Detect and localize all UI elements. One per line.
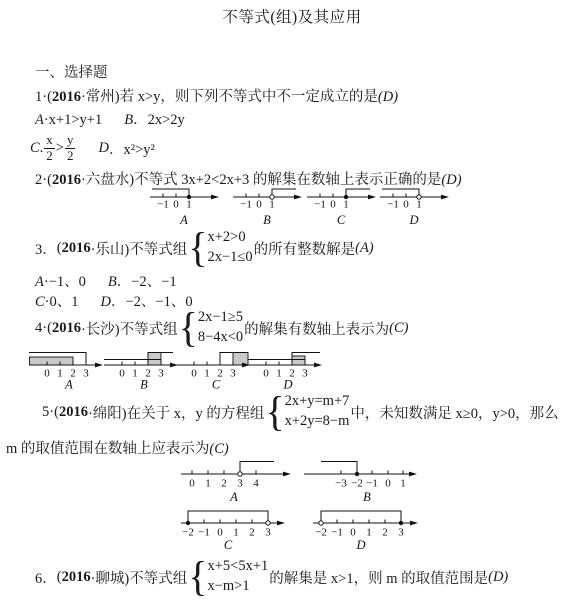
q3-post-text: 的所有整数解是 — [254, 238, 356, 259]
tick-label: 3 — [265, 527, 271, 539]
numberline-q4-a: 0 1 2 3 A — [28, 347, 106, 391]
q6-source-close: ·聊城) — [91, 567, 130, 588]
tick-label: 0 — [217, 527, 223, 539]
tick-label: 0 — [330, 199, 336, 211]
q3-options-ab: A·−1、0B．−2、−1 — [35, 270, 177, 291]
solution-ray-right — [272, 189, 296, 195]
tick-label: 3 — [158, 368, 164, 380]
tick-label: 0 — [44, 368, 50, 380]
tick-label: 0 — [256, 199, 262, 211]
tick-label: 1 — [186, 199, 192, 211]
left-brace: { — [188, 558, 207, 596]
system-row-1: 2x+y=m+7 — [285, 392, 350, 412]
axis-arrow — [410, 521, 418, 526]
tick-label: 1 — [416, 199, 422, 211]
tick-label: 3 — [83, 368, 89, 380]
q5-continuation-text: m 的取值范围在数轴上应表示为 — [6, 441, 209, 457]
tick-label: 4 — [253, 478, 259, 490]
q1-year: 2016 — [52, 89, 81, 105]
solution-ray-left — [382, 189, 419, 195]
q1-option-d-letter: D — [98, 140, 108, 157]
q1-answer: (D) — [378, 89, 398, 105]
left-brace: { — [179, 309, 198, 347]
solution-ray-right — [240, 462, 274, 472]
solution-ray-right — [346, 189, 370, 195]
q4-source-close: ·长沙) — [81, 318, 120, 339]
axis-arrow — [314, 363, 322, 368]
q1-option-c-dot: . — [40, 140, 44, 157]
numberline-q5-c: −2 −1 0 1 2 3 C — [180, 505, 292, 551]
question-6-line: 6．(2016·聊城)不等式组 {x+5<5x+1x−m>1 的解集是 x>1，… — [35, 556, 508, 598]
q5-answer: (C) — [209, 441, 228, 457]
tick-label: 1 — [269, 199, 275, 211]
axis-arrow — [368, 195, 376, 200]
tick-label: −2 — [351, 478, 363, 490]
q6-year: 2016 — [62, 569, 91, 586]
diagram-letter: B — [140, 378, 148, 392]
q4-year: 2016 — [52, 320, 81, 337]
q1-gt-sign: > — [56, 140, 64, 157]
tick-label: −1 — [387, 199, 399, 211]
tick-label: 1 — [233, 527, 239, 539]
tick-label: −1 — [240, 199, 252, 211]
tick-label: −2 — [315, 527, 327, 539]
question-1-line: 1·(2016·常州)若 x>y，则下列不等式中不一定成立的是(D) — [35, 85, 398, 106]
tick-label: −1 — [331, 527, 343, 539]
solution-ray-left — [152, 189, 189, 197]
left-brace: { — [265, 393, 284, 431]
section-header: 一、选择题 — [35, 61, 108, 82]
q1-option-c-letter: C — [30, 140, 40, 157]
solution-region — [30, 357, 74, 365]
inequality-system: {x+5<5x+1x−m>1 — [188, 557, 268, 596]
solution-segment — [321, 511, 401, 523]
q3-option-a-letter: A — [35, 274, 44, 290]
q6-number: 6． — [35, 567, 57, 588]
fraction-x-over-2: x2 — [44, 133, 55, 163]
system-row-2: 8−4x<0 — [198, 328, 243, 348]
diagram-letter: B — [363, 490, 371, 504]
system-row-1: x+5<5x+1 — [207, 557, 268, 577]
tick-label: −1 — [157, 199, 169, 211]
closed-endpoint — [355, 472, 359, 476]
tick-label: 1 — [400, 478, 406, 490]
axis-arrow — [283, 472, 291, 477]
q3-option-b-letter: B — [108, 274, 117, 290]
numberline-q2-c: −1 0 1 C — [306, 186, 378, 228]
q4-number: 4· — [35, 320, 47, 337]
q3-option-b-text: ．−2、−1 — [117, 274, 177, 290]
tick-label: 2 — [249, 527, 255, 539]
axis-arrow — [294, 195, 302, 200]
tick-label: 3 — [237, 478, 243, 490]
q4-answer: (C) — [389, 320, 408, 337]
diagram-letter: D — [408, 213, 418, 227]
q5-post-text: 中，未知数满足 x≥0，y>0，那么 — [350, 402, 558, 423]
numberline-q2-b: −1 0 1 B — [232, 186, 304, 228]
tick-label: 3 — [230, 368, 236, 380]
numberline-q5-b: −3 −2 −1 0 1 B — [303, 457, 421, 504]
numberline-q2-d: −1 0 1 D — [379, 186, 451, 228]
q3-number: 3． — [35, 238, 57, 259]
numberline-q4-b: 0 1 2 3 B — [103, 347, 181, 391]
inequality-system: {2x−1≥58−4x<0 — [179, 308, 244, 347]
q5-source-close: ·绵阳) — [88, 402, 127, 423]
diagram-letter: D — [355, 538, 365, 552]
question-3-line: 3．(2016·乐山)不等式组 {x+2>02x−1≤0 的所有整数解是(A) — [35, 228, 374, 268]
tick-label: −1 — [366, 478, 378, 490]
tick-label: 0 — [403, 199, 409, 211]
q4-post-text: 的解集有数轴上表示为 — [244, 318, 389, 339]
numberline-q2-a: −1 0 1 A — [149, 186, 221, 228]
axis-arrow — [409, 472, 417, 477]
closed-endpoint — [399, 521, 403, 525]
q3-option-a-text: ·−1、0 — [44, 274, 86, 290]
numberline-q5-a: 0 1 2 3 4 A — [180, 457, 298, 504]
tick-label: 1 — [204, 368, 210, 380]
question-4-line: 4·(2016·长沙)不等式组 {2x−1≥58−4x<0 的解集有数轴上表示为… — [35, 308, 409, 348]
tick-label: 2 — [382, 527, 388, 539]
tick-label: 0 — [350, 527, 356, 539]
diagram-letter: A — [64, 378, 73, 392]
diagram-letter: C — [224, 538, 233, 552]
q1-source-close: ·常州) — [81, 89, 120, 105]
closed-endpoint — [186, 521, 190, 525]
q1-text: 若 x>y，则下列不等式中不一定成立的是 — [120, 89, 378, 105]
tick-label: 2 — [221, 478, 227, 490]
q6-post-text: 的解集是 x>1，则 m 的取值范围是 — [269, 567, 488, 588]
q1-option-a-text: ·x+1>y+1 — [44, 112, 102, 128]
tick-label: 1 — [366, 527, 372, 539]
tick-label: 0 — [263, 368, 269, 380]
tick-label: −1 — [198, 527, 210, 539]
tick-label: 3 — [302, 368, 308, 380]
axis-arrow — [441, 195, 449, 200]
diagram-letter: B — [263, 213, 271, 227]
q1-option-d-text: ．x²>y² — [109, 138, 155, 159]
fraction-y-over-2: y2 — [65, 133, 76, 163]
open-endpoint — [319, 521, 323, 525]
system-row-1: x+2>0 — [207, 228, 252, 248]
q2-year: 2016 — [52, 172, 81, 188]
tick-label: 0 — [173, 199, 179, 211]
q1-number: 1· — [35, 89, 47, 105]
page-title: 不等式(组)及其应用 — [0, 5, 584, 27]
tick-label: −2 — [182, 527, 194, 539]
q5-year: 2016 — [59, 404, 88, 421]
solution-ray-left — [321, 462, 357, 472]
tick-label: 1 — [132, 368, 138, 380]
tick-label: 3 — [398, 527, 404, 539]
numberline-q4-d: 0 1 2 3 D — [247, 347, 325, 391]
solution-region — [292, 356, 305, 365]
solution-region — [148, 353, 161, 366]
q1-option-a-letter: A — [35, 112, 44, 128]
q1-option-b-letter: B — [124, 112, 133, 128]
fraction-numerator: y — [65, 133, 76, 148]
system-row-2: x+2y=8−m — [285, 412, 350, 432]
tick-label: 0 — [385, 478, 391, 490]
numberline-q5-d: −2 −1 0 1 2 3 D — [312, 505, 424, 551]
open-endpoint — [266, 521, 270, 525]
solution-segment — [188, 511, 268, 523]
tick-label: 0 — [189, 478, 195, 490]
q3-answer: (A) — [355, 240, 374, 257]
q6-answer: (D) — [488, 569, 508, 586]
tick-label: 1 — [205, 478, 211, 490]
worksheet-page: 不等式(组)及其应用 一、选择题 1·(2016·常州)若 x>y，则下列不等式… — [0, 0, 584, 601]
fraction-numerator: x — [44, 133, 55, 148]
q4-pre-text: 不等式组 — [120, 318, 178, 339]
tick-label: 1 — [343, 199, 349, 211]
axis-arrow — [211, 195, 219, 200]
numberline-q4-c: 0 1 2 3 C — [175, 347, 253, 391]
axis-arrow — [95, 363, 103, 368]
system-row-2: 2x−1≤0 — [207, 248, 252, 268]
left-brace: { — [188, 229, 207, 267]
equation-system: {2x+y=m+7x+2y=8−m — [265, 392, 349, 431]
open-endpoint — [238, 472, 242, 476]
diagram-letter: A — [229, 490, 238, 504]
q5-number: 5· — [42, 404, 54, 421]
solution-region — [233, 353, 248, 366]
q1-option-b-text: ．2x>2y — [133, 112, 185, 128]
axis-arrow — [277, 521, 285, 526]
fraction-denominator: 2 — [46, 149, 53, 163]
inequality-system: {x+2>02x−1≤0 — [188, 228, 252, 267]
q2-number: 2· — [35, 172, 47, 188]
fraction-denominator: 2 — [67, 149, 74, 163]
q3-source-close: ·乐山) — [91, 238, 130, 259]
question-5-line: 5·(2016·绵阳)在关于 x，y 的方程组 {2x+y=m+7x+2y=8−… — [42, 391, 559, 433]
q1-options-ab: A·x+1>y+1B．2x>2y — [35, 108, 185, 129]
q1-options-cd: C.x2>y2D．x²>y² — [30, 129, 155, 167]
q2-source-close: ·六盘水) — [81, 172, 134, 188]
tick-label: −3 — [335, 478, 347, 490]
q6-pre-text: 不等式组 — [129, 567, 187, 588]
system-row-2: x−m>1 — [207, 577, 268, 597]
diagram-letter: A — [179, 213, 188, 227]
q3-year: 2016 — [62, 240, 91, 257]
tick-label: 0 — [191, 368, 197, 380]
tick-label: 1 — [57, 368, 63, 380]
tick-label: 0 — [119, 368, 125, 380]
tick-label: 1 — [276, 368, 282, 380]
system-row-1: 2x−1≥5 — [198, 308, 243, 328]
q5-pre-text: 在关于 x，y 的方程组 — [127, 402, 265, 423]
question-5-line2: m 的取值范围在数轴上应表示为(C) — [6, 437, 229, 458]
q3-pre-text: 不等式组 — [129, 238, 187, 259]
diagram-letter: C — [212, 378, 221, 392]
tick-label: −1 — [314, 199, 326, 211]
diagram-letter: C — [337, 213, 346, 227]
